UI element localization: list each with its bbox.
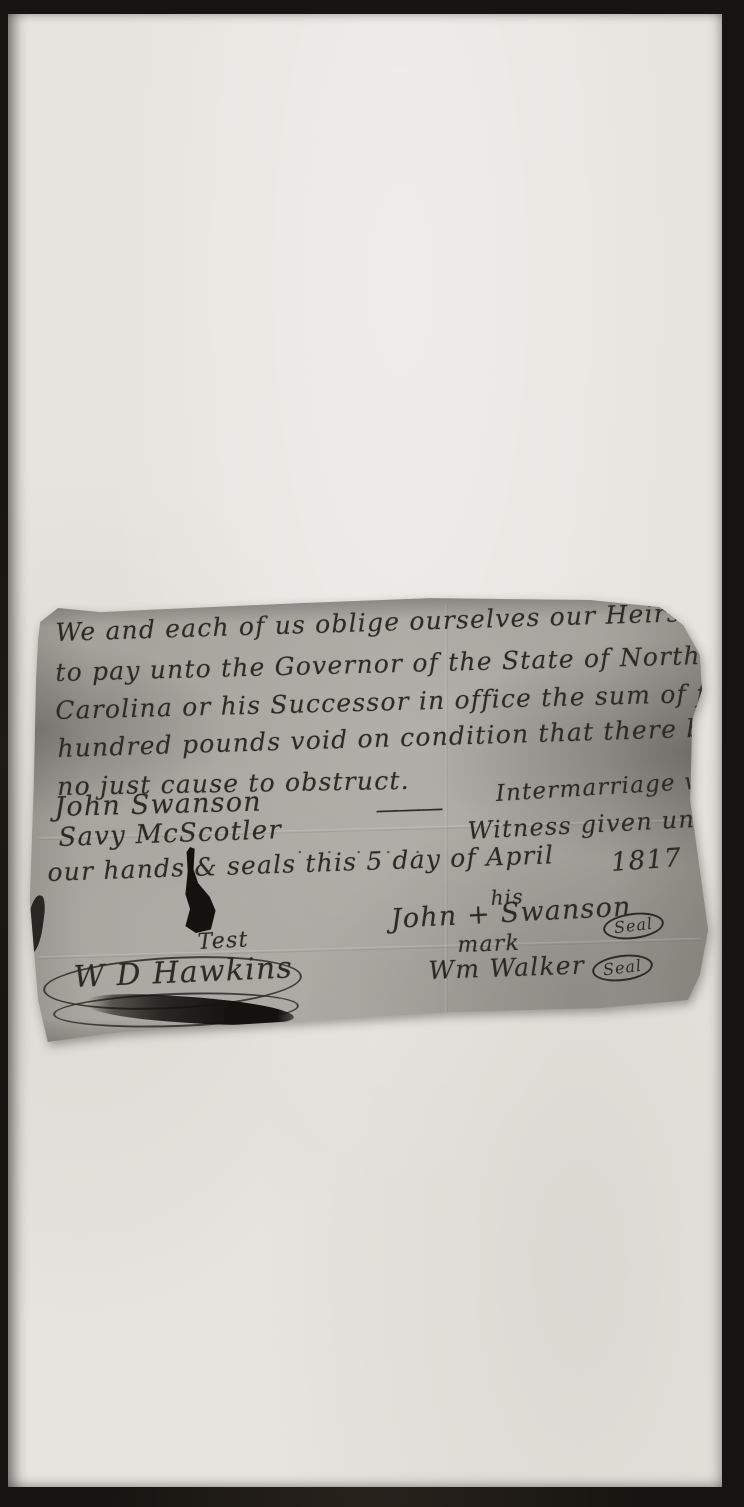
bond-document-wrap: We and each of us oblige ourselves our H… [25, 595, 715, 1045]
year-text: 1817 [610, 843, 683, 878]
separator-dash: ——— [375, 794, 442, 824]
bond-document: We and each of us oblige ourselves our H… [25, 595, 715, 1045]
fold-crease [39, 938, 701, 959]
witness-label: Witness given under [467, 803, 740, 845]
groom-mark-signature: John + Swanson [390, 891, 632, 935]
ink-blot [23, 894, 47, 954]
witness-signature: Wm Walker [428, 951, 585, 985]
scan-background: We and each of us oblige ourselves our H… [0, 0, 744, 1507]
attest-label: Test [197, 927, 249, 955]
bond-body-line: to pay unto the Governor of the State of… [55, 641, 701, 687]
bride-name: Savy McScotler [58, 815, 282, 853]
bond-body-line: We and each of us oblige ourselves our H… [55, 597, 729, 647]
intermarriage-label: Intermarriage with [495, 766, 741, 807]
seal-stamp: Seal [591, 951, 655, 984]
